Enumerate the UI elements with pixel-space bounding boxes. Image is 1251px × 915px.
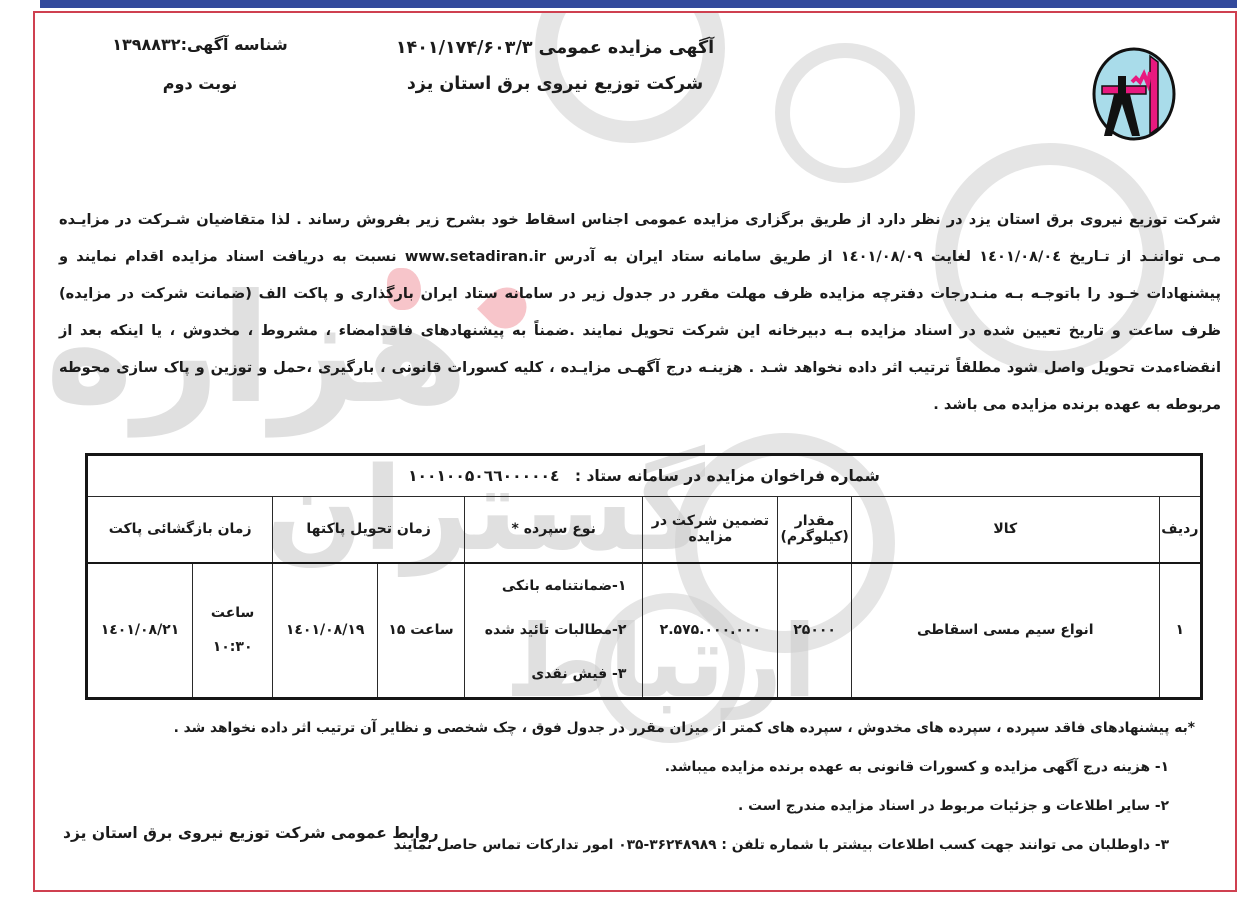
public-relations-signature: روابط عمومی شرکت توزیع نیروی برق استان ی… <box>63 824 439 842</box>
cell-delivery-date: ۱٤۰۱/۰۸/۱۹ <box>273 563 378 699</box>
opening-time-value: ۱۰:۳۰ <box>193 630 272 664</box>
header-deposit: نوع سپرده * <box>465 497 643 563</box>
header-row-number: ردیف <box>1159 497 1201 563</box>
opening-time-word: ساعت <box>193 596 272 630</box>
cell-item: انواع سیم مسی اسقاطی <box>851 563 1159 699</box>
cell-guarantee: ۲.۵۷۵.۰۰۰.۰۰۰ <box>643 563 778 699</box>
auction-table-wrap: شماره فراخوان مزایده در سامانه ستاد : ۱۰… <box>85 453 1203 700</box>
title-block: آگهی مزایده عمومی ۱۴۰۱/۱۷۴/۶۰۳/۳ شرکت تو… <box>205 38 905 110</box>
cell-opening-date: ۱٤۰۱/۰۸/۲۱ <box>87 563 193 699</box>
note-1: ۱- هزینه درج آگهی مزایده و کسورات قانونی… <box>65 757 1195 777</box>
auction-table: شماره فراخوان مزایده در سامانه ستاد : ۱۰… <box>85 453 1203 700</box>
header-quantity: مقدار (کیلوگرم) <box>778 497 852 563</box>
deposit-type: ۳- فیش نقدی <box>465 652 626 696</box>
deposit-type: ۱-ضمانتنامه بانکی <box>465 564 626 608</box>
page-subtitle: شرکت توزیع نیروی برق استان یزد <box>205 74 905 94</box>
table-header-row: ردیف کالا مقدار (کیلوگرم) تضمین شرکت در … <box>87 497 1202 563</box>
table-row: ۱ انواع سیم مسی اسقاطی ۲۵۰۰۰ ۲.۵۷۵.۰۰۰.۰… <box>87 563 1202 699</box>
deposit-type: ۲-مطالبات تائید شده <box>465 608 626 652</box>
header-delivery: زمان تحویل پاکتها <box>273 497 465 563</box>
caption-label: شماره فراخوان مزایده در سامانه ستاد : <box>575 467 880 485</box>
cell-opening-time: ساعت ۱۰:۳۰ <box>192 563 272 699</box>
document-page: هزاره گستران ارتباط شناسه آگهی:۱۳۹۸۸۳۲ ن… <box>0 0 1251 915</box>
table-caption-row: شماره فراخوان مزایده در سامانه ستاد : ۱۰… <box>87 455 1202 497</box>
cell-deposit-types: ۱-ضمانتنامه بانکی ۲-مطالبات تائید شده ۳-… <box>465 563 643 699</box>
cell-row-number: ۱ <box>1159 563 1201 699</box>
company-logo-icon <box>1088 38 1183 148</box>
page-title: آگهی مزایده عمومی ۱۴۰۱/۱۷۴/۶۰۳/۳ <box>205 38 905 58</box>
cell-quantity: ۲۵۰۰۰ <box>778 563 852 699</box>
header-opening: زمان بازگشائی پاکت <box>87 497 273 563</box>
note-2: ۲- سایر اطلاعات و جزئیات مربوط در اسناد … <box>65 796 1195 816</box>
header-guarantee: تضمین شرکت در مزایده <box>643 497 778 563</box>
cell-delivery-time: ساعت ۱۵ <box>378 563 465 699</box>
note-asterisk: *به پیشنهادهای فاقد سپرده ، سپرده های مخ… <box>65 718 1195 738</box>
top-blue-bar <box>40 0 1237 8</box>
setad-call-number: ۱۰۰۱۰۰۵۰٦٦۰۰۰۰۰٤ <box>408 467 559 485</box>
document-header: شناسه آگهی:۱۳۹۸۸۳۲ نوبت دوم آگهی مزایده … <box>35 13 1235 173</box>
announcement-paragraph: شرکت توزیع نیروی برق استان یزد در نظر دا… <box>59 201 1221 423</box>
red-border-frame: هزاره گستران ارتباط شناسه آگهی:۱۳۹۸۸۳۲ ن… <box>33 11 1237 892</box>
setadiran-url: www.setadiran.ir <box>405 248 546 265</box>
header-item: کالا <box>851 497 1159 563</box>
paragraph-text-end: نسبت به دریافت اسناد مزایده اقدام نمایند… <box>59 248 1221 413</box>
